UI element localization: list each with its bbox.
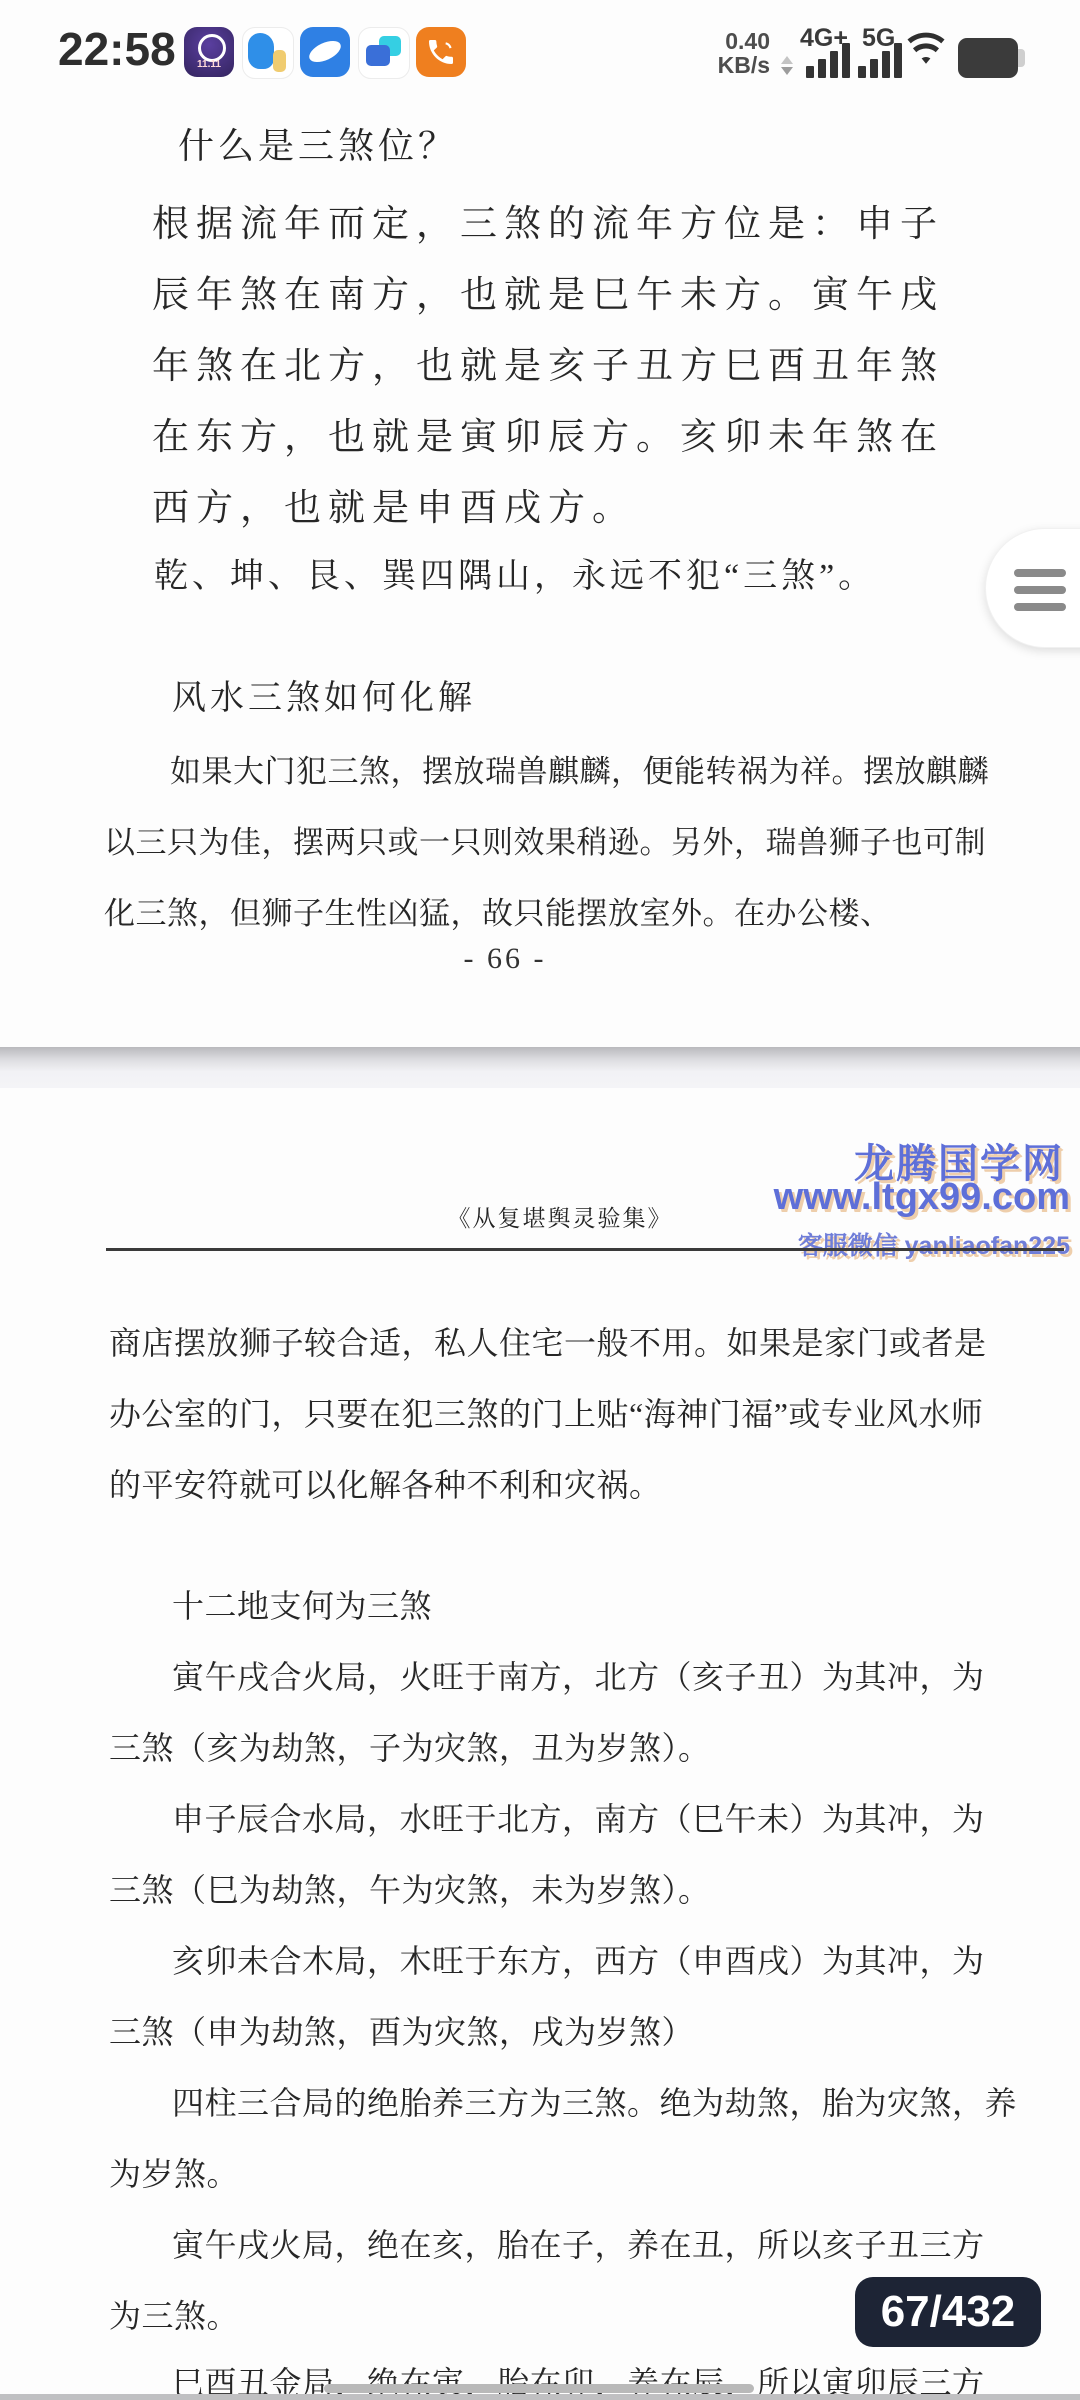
signal-bar bbox=[894, 43, 902, 78]
wifi-icon bbox=[902, 28, 950, 72]
text-line: 为岁煞。 bbox=[109, 2149, 239, 2195]
signal-bar bbox=[870, 59, 878, 78]
text-line: 为三煞。 bbox=[109, 2291, 239, 2337]
planet-swoosh bbox=[306, 37, 344, 67]
header-rule bbox=[106, 1248, 1064, 1251]
page-number: - 66 - bbox=[0, 942, 1010, 976]
shopping-bag-app-icon bbox=[242, 27, 294, 79]
text-line: 西方，也就是申酉戌方。 bbox=[152, 477, 636, 531]
network-speed: 0.40 KB/s bbox=[704, 29, 770, 77]
text-line: 商店摆放狮子较合适，私人住宅一般不用。如果是家门或者是 bbox=[109, 1318, 987, 1364]
menu-bar bbox=[1014, 603, 1066, 611]
signal-bar bbox=[882, 51, 890, 78]
battery-icon bbox=[958, 38, 1018, 78]
text-line: 根据流年而定，三煞的流年方位是：申子 bbox=[152, 193, 944, 247]
bag-shape bbox=[248, 33, 274, 69]
section-heading: 十二地支何为三煞 bbox=[172, 1581, 432, 1627]
up-arrow-icon bbox=[781, 56, 793, 64]
updown-arrows-icon bbox=[781, 56, 793, 75]
section-heading: 风水三煞如何化解 bbox=[172, 670, 476, 719]
scroll-progress-bar[interactable] bbox=[324, 2384, 754, 2393]
browser-app-icon bbox=[300, 27, 350, 77]
text-line: 如果大门犯三煞，摆放瑞兽麒麟，便能转祸为祥。摆放麒麟 bbox=[170, 746, 989, 791]
messenger-app-icon bbox=[358, 27, 410, 79]
text-line: 亥卯未合木局，木旺于东方，西方（申酉戌）为其冲，为 bbox=[172, 1936, 985, 1982]
text-line: 三煞（亥为劫煞，子为灾煞，丑为岁煞）。 bbox=[109, 1723, 711, 1769]
text-line: 以三只为佳，摆两只或一只则效果稍逊。另外，瑞兽狮子也可制 bbox=[104, 817, 986, 862]
text-line: 什么是三煞位？ bbox=[178, 118, 458, 169]
signal-bar bbox=[842, 43, 850, 78]
signal-bar bbox=[806, 66, 814, 78]
menu-bar bbox=[1014, 586, 1066, 594]
text-line: 化三煞，但狮子生性凶猛，故只能摆放室外。在办公楼、 bbox=[104, 888, 892, 933]
down-arrow-icon bbox=[781, 67, 793, 75]
text-line: 在东方，也就是寅卯辰方。亥卯未年煞在 bbox=[152, 406, 944, 460]
text-line: 乾、坤、艮、巽四隅山，永远不犯“三煞”。 bbox=[154, 548, 876, 597]
text-line: 三煞（申为劫煞，酉为灾煞，戌为岁煞） bbox=[109, 2007, 694, 2053]
text-line: 办公室的门，只要在犯三煞的门上贴“海神门福”或专业风水师 bbox=[109, 1389, 983, 1435]
phone-app-icon bbox=[416, 27, 466, 77]
text-line: 寅午戌火局，绝在亥，胎在子，养在丑，所以亥子丑三方 bbox=[172, 2220, 985, 2266]
shopping-promo-app-icon: 11.11 bbox=[184, 27, 234, 77]
scanned-page-67: 龙腾国学网 www.ltgx99.com 客服微信 yanliaofan225 … bbox=[0, 1088, 1080, 2400]
battery-body bbox=[958, 38, 1018, 78]
sim2-signal-bars-icon bbox=[858, 40, 904, 78]
signal-bar bbox=[818, 59, 826, 78]
promo-ring bbox=[198, 34, 226, 62]
scanned-page-66: 什么是三煞位？ 根据流年而定，三煞的流年方位是：申子 辰年煞在南方，也就是巳午未… bbox=[0, 0, 1080, 1047]
page-indicator-badge[interactable]: 67/432 bbox=[855, 2277, 1041, 2347]
chapter-header-title: 《从复堪舆灵验集》 bbox=[40, 1200, 1080, 1233]
text-line: 的平安符就可以化解各种不利和灾祸。 bbox=[109, 1460, 662, 1506]
bottom-edge-strip bbox=[0, 2394, 1080, 2400]
network-speed-unit: KB/s bbox=[704, 53, 770, 77]
text-line: 年煞在北方，也就是亥子丑方巳酉丑年煞 bbox=[152, 335, 944, 389]
sim1-signal-bars-icon bbox=[806, 40, 852, 78]
clock-time: 22:58 bbox=[58, 22, 176, 76]
text-line: 辰年煞在南方，也就是巳午未方。寅午戌 bbox=[152, 264, 944, 318]
text-line: 四柱三合局的绝胎养三方为三煞。绝为劫煞，胎为灾煞，养 bbox=[172, 2078, 1017, 2124]
signal-bar bbox=[858, 66, 866, 78]
promo-badge-label: 11.11 bbox=[184, 59, 234, 70]
network-speed-value: 0.40 bbox=[704, 29, 770, 53]
signal-bar bbox=[830, 51, 838, 78]
phone-handset-glyph bbox=[425, 36, 457, 68]
text-line: 申子辰合水局，水旺于北方，南方（巳午未）为其冲，为 bbox=[172, 1794, 985, 1840]
chat-bubble-blue bbox=[366, 45, 390, 66]
text-line: 三煞（巳为劫煞，午为灾煞，未为岁煞）。 bbox=[109, 1865, 711, 1911]
text-line: 寅午戌合火局，火旺于南方，北方（亥子丑）为其冲，为 bbox=[172, 1652, 985, 1698]
battery-tip bbox=[1018, 49, 1025, 67]
bag-accent bbox=[273, 50, 286, 72]
status-bar: 22:58 11.11 0.40 KB/s 4G+ 5G bbox=[0, 0, 1080, 100]
menu-bar bbox=[1014, 569, 1066, 577]
page-gap-shadow bbox=[0, 1047, 1080, 1088]
reader-screen: { "status_bar": { "time": "22:58", "net_… bbox=[0, 0, 1080, 2400]
